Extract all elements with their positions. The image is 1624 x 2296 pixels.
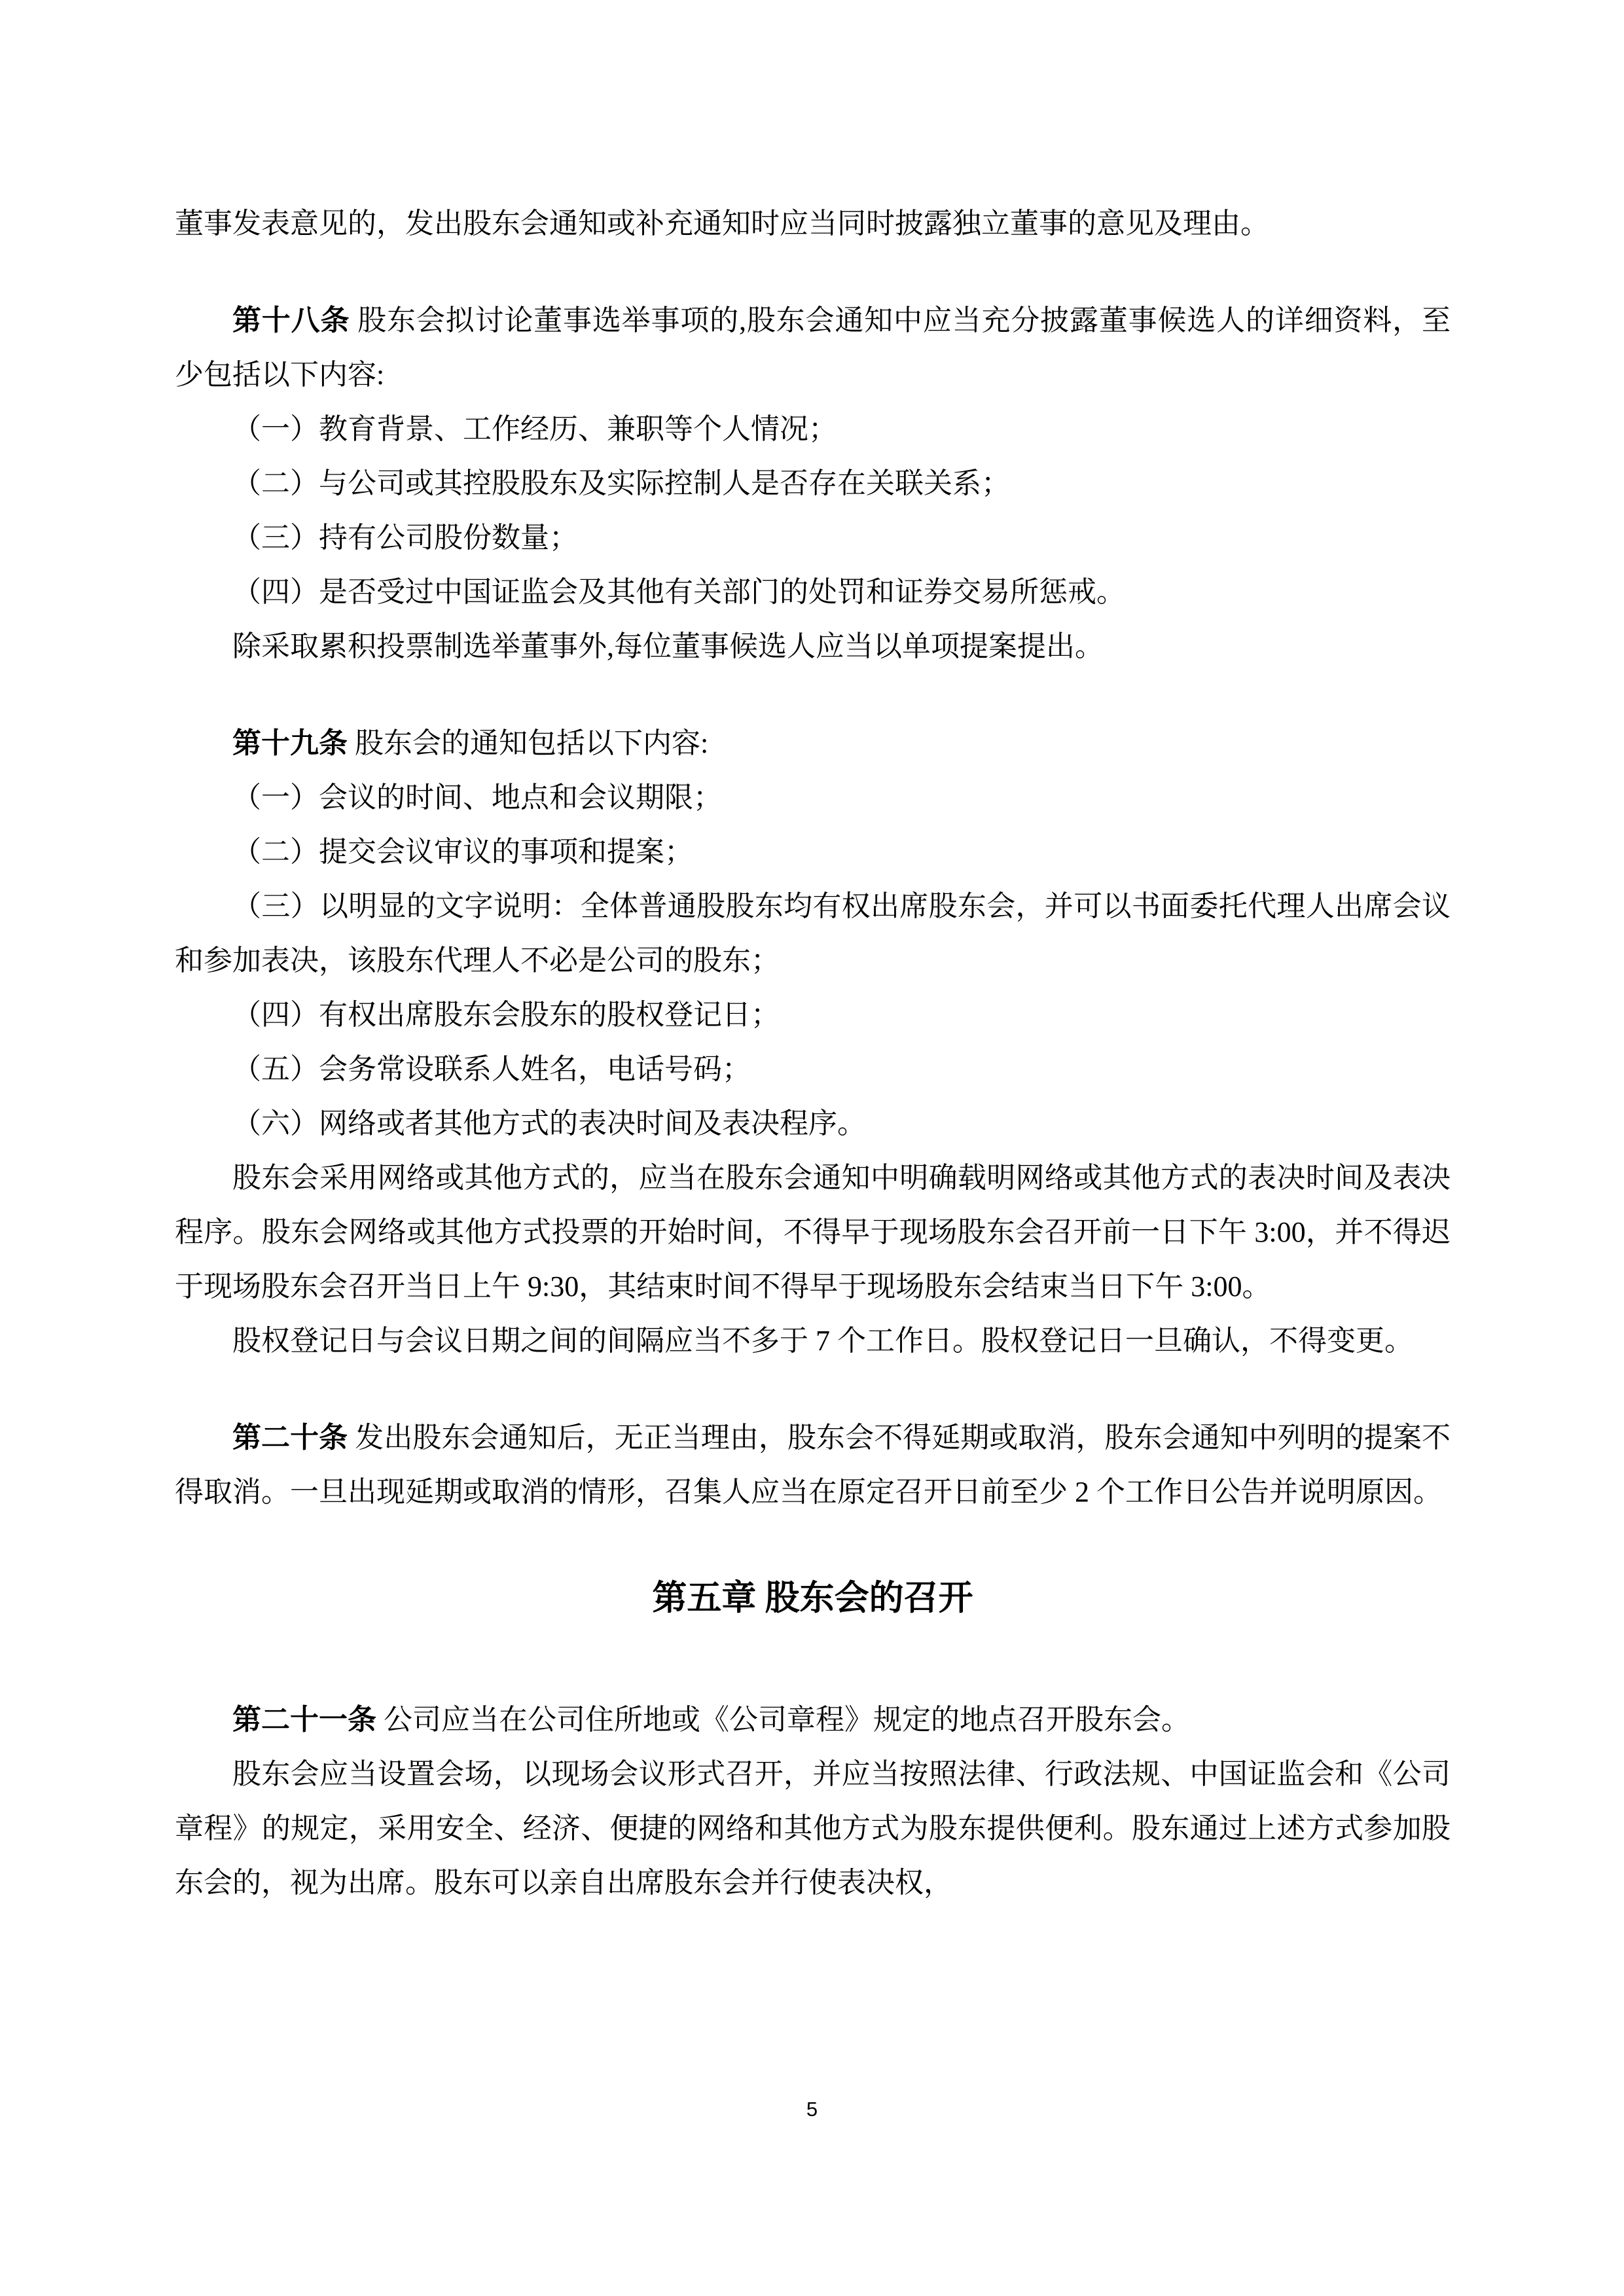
paragraph: 除采取累积投票制选举董事外,每位董事候选人应当以单项提案提出。 [175, 619, 1451, 673]
paragraph: 第十九条 股东会的通知包括以下内容: [175, 716, 1451, 770]
paragraph: 董事发表意见的，发出股东会通知或补充通知时应当同时披露独立董事的意见及理由。 [175, 196, 1451, 251]
paragraph: 股东会应当设置会场，以现场会议形式召开，并应当按照法律、行政法规、中国证监会和《… [175, 1747, 1451, 1910]
paragraph: （二）与公司或其控股股东及实际控制人是否存在关联关系； [175, 456, 1451, 511]
document-page: 董事发表意见的，发出股东会通知或补充通知时应当同时披露独立董事的意见及理由。第十… [0, 0, 1624, 2296]
paragraph-text: 公司应当在公司住所地或《公司章程》规定的地点召开股东会。 [384, 1704, 1190, 1736]
paragraph: （三）以明显的文字说明：全体普通股股东均有权出席股东会，并可以书面委托代理人出席… [175, 879, 1451, 988]
paragraph-text: （三）持有公司股份数量； [232, 522, 578, 554]
paragraph-text: 发出股东会通知后，无正当理由，股东会不得延期或取消，股东会通知中列明的提案不得取… [175, 1422, 1451, 1508]
paragraph: （四）有权出席股东会股东的股权登记日； [175, 988, 1451, 1042]
paragraph-text: 股东会的通知包括以下内容: [355, 727, 708, 759]
paragraph: 第二十条 发出股东会通知后，无正当理由，股东会不得延期或取消，股东会通知中列明的… [175, 1410, 1451, 1519]
paragraph-text: 股东会应当设置会场，以现场会议形式召开，并应当按照法律、行政法规、中国证监会和《… [175, 1758, 1451, 1899]
paragraph-text: 董事发表意见的，发出股东会通知或补充通知时应当同时披露独立董事的意见及理由。 [175, 207, 1269, 240]
paragraph: （三）持有公司股份数量； [175, 511, 1451, 565]
paragraph: （四）是否受过中国证监会及其他有关部门的处罚和证券交易所惩戒。 [175, 565, 1451, 619]
document-body: 董事发表意见的，发出股东会通知或补充通知时应当同时披露独立董事的意见及理由。第十… [175, 196, 1451, 1910]
article-number: 第二十条 [232, 1422, 348, 1454]
paragraph-text: （一）会议的时间、地点和会议期限； [232, 781, 722, 814]
article-number: 第二十一条 [232, 1704, 376, 1736]
paragraph-text: 第五章 股东会的召开 [652, 1579, 973, 1617]
paragraph-text: （四）是否受过中国证监会及其他有关部门的处罚和证券交易所惩戒。 [232, 576, 1125, 608]
paragraph-text: （二）与公司或其控股股东及实际控制人是否存在关联关系； [232, 467, 1010, 499]
paragraph-text: （二）提交会议审议的事项和提案； [232, 836, 693, 868]
paragraph: 股东会采用网络或其他方式的，应当在股东会通知中明确载明网络或其他方式的表决时间及… [175, 1151, 1451, 1314]
paragraph-text: （四）有权出席股东会股东的股权登记日； [232, 999, 780, 1031]
paragraph: （一）教育背景、工作经历、兼职等个人情况； [175, 402, 1451, 456]
paragraph: （五）会务常设联系人姓名，电话号码； [175, 1042, 1451, 1096]
paragraph: 第二十一条 公司应当在公司住所地或《公司章程》规定的地点召开股东会。 [175, 1693, 1451, 1747]
paragraph-text: 股东会采用网络或其他方式的，应当在股东会通知中明确载明网络或其他方式的表决时间及… [175, 1162, 1451, 1302]
paragraph-text: （六）网络或者其他方式的表决时间及表决程序。 [232, 1107, 866, 1139]
paragraph: （一）会议的时间、地点和会议期限； [175, 770, 1451, 825]
paragraph: （六）网络或者其他方式的表决时间及表决程序。 [175, 1096, 1451, 1151]
paragraph-text: （一）教育背景、工作经历、兼职等个人情况； [232, 413, 837, 445]
paragraph: 第十八条 股东会拟讨论董事选举事项的,股东会通知中应当充分披露董事候选人的详细资… [175, 293, 1451, 402]
chapter-heading: 第五章 股东会的召开 [175, 1571, 1451, 1626]
paragraph: 股权登记日与会议日期之间的间隔应当不多于 7 个工作日。股权登记日一旦确认，不得… [175, 1314, 1451, 1368]
paragraph-text: 股权登记日与会议日期之间的间隔应当不多于 7 个工作日。股权登记日一旦确认，不得… [232, 1325, 1413, 1357]
paragraph-text: 股东会拟讨论董事选举事项的,股东会通知中应当充分披露董事候选人的详细资料，至少包… [175, 304, 1451, 391]
article-number: 第十八条 [232, 304, 350, 336]
article-number: 第十九条 [232, 727, 348, 759]
paragraph-text: （三）以明显的文字说明：全体普通股股东均有权出席股东会，并可以书面委托代理人出席… [175, 890, 1451, 977]
page-number: 5 [0, 2094, 1624, 2125]
paragraph: （二）提交会议审议的事项和提案； [175, 825, 1451, 879]
paragraph-text: （五）会务常设联系人姓名，电话号码； [232, 1053, 751, 1085]
paragraph-text: 除采取累积投票制选举董事外,每位董事候选人应当以单项提案提出。 [232, 630, 1104, 662]
